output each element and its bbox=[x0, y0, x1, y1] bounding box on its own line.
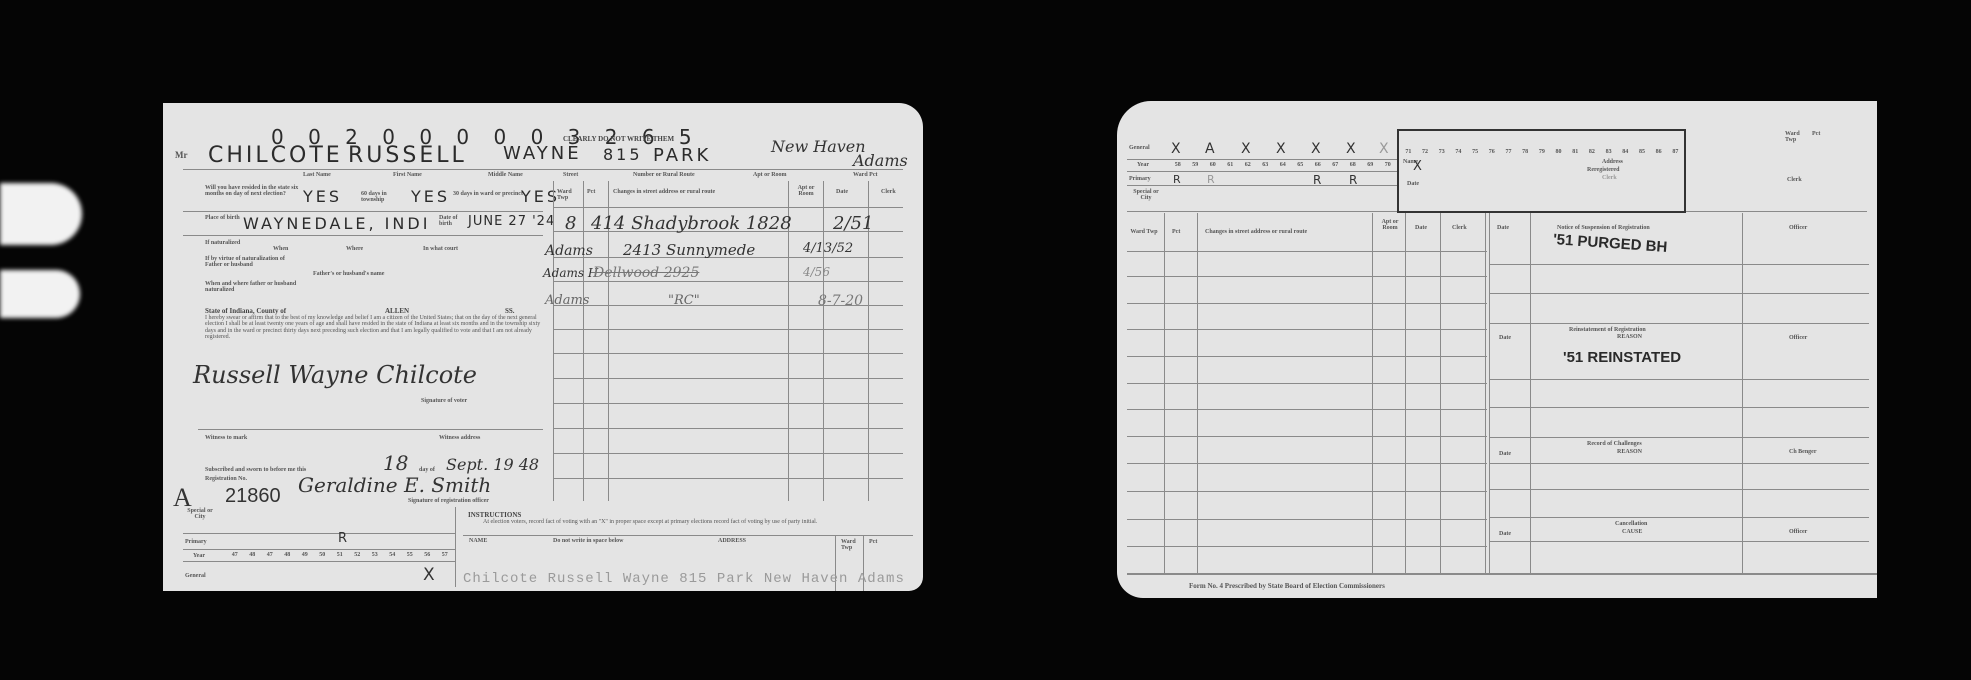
last-name: CHILCOTE bbox=[208, 143, 343, 168]
label-clerk-box: Clerk bbox=[1602, 175, 1617, 181]
label-witness-mark: Witness to mark bbox=[205, 435, 247, 441]
label-ward-pct: Ward Pct bbox=[853, 172, 878, 178]
col-do-not-write: Do not write in space below bbox=[553, 538, 624, 544]
oath-county: ALLEN bbox=[385, 307, 409, 315]
film-artifact-top bbox=[0, 183, 82, 245]
subscribed-month-year: Sept. 19 48 bbox=[446, 455, 539, 474]
col-address: ADDRESS bbox=[718, 538, 746, 544]
label-general: General bbox=[1129, 145, 1150, 151]
change-date: 2/51 bbox=[833, 213, 873, 234]
change-address: 2413 Sunnymede bbox=[623, 241, 755, 259]
instructions-text: At election voters, record fact of votin… bbox=[483, 519, 883, 525]
corner-ward-twp: Ward Twp bbox=[1785, 131, 1805, 144]
label-primary: Primary bbox=[185, 539, 207, 545]
challenges-reason-label: REASON bbox=[1617, 449, 1642, 455]
label-reregistered: Reregistered bbox=[1587, 167, 1619, 173]
label-father-naturalized: When and where father or husband natural… bbox=[205, 281, 300, 294]
label-ward-days: 30 days in ward or precinct bbox=[453, 191, 523, 197]
place-of-birth-value: WAYNEDALE, INDI bbox=[243, 214, 430, 233]
cancellation-title: Cancellation bbox=[1615, 521, 1647, 527]
label-year: Year bbox=[1137, 162, 1149, 168]
change-date: 8-7-20 bbox=[818, 293, 863, 309]
col-name: NAME bbox=[469, 538, 487, 544]
general-mark-70: X bbox=[1379, 141, 1389, 157]
corner-clerk: Clerk bbox=[1787, 177, 1802, 183]
reinstatement-officer-label: Officer bbox=[1789, 335, 1807, 341]
primary-mark-51: R bbox=[338, 531, 347, 546]
primary-mark-60: R bbox=[1207, 173, 1215, 186]
general-mark-62: X bbox=[1241, 141, 1251, 157]
typed-footer: Chilcote Russell Wayne 815 Park New Have… bbox=[463, 571, 905, 587]
suspension-date-label: Date bbox=[1497, 225, 1509, 231]
col-changes: Changes in street address or rural route bbox=[613, 189, 783, 195]
col-date: Date bbox=[836, 189, 848, 195]
city-note: New Haven bbox=[771, 137, 866, 156]
reinstatement-title: Reinstatement of Registration bbox=[1569, 327, 1646, 333]
label-registration-no: Registration No. bbox=[205, 476, 247, 482]
col-clerk: Clerk bbox=[881, 189, 896, 195]
label-address: Address bbox=[1602, 159, 1623, 165]
suspension-officer-label: Officer bbox=[1789, 225, 1807, 231]
label-township-days: 60 days in township bbox=[361, 191, 411, 204]
label-naturalized: If naturalized bbox=[205, 240, 240, 246]
change-address: Dellwood 2925 bbox=[593, 265, 699, 281]
label-first-name: First Name bbox=[393, 172, 422, 178]
ward-days-value: YES bbox=[521, 187, 560, 206]
col-ward-twp: Ward Twp bbox=[1129, 229, 1159, 235]
street-name: PARK bbox=[653, 145, 711, 166]
title-prefix: Mr bbox=[175, 151, 188, 160]
label-resided-state: Will you have resided in the state six m… bbox=[205, 185, 300, 198]
col-changes: Changes in street address or rural route bbox=[1205, 229, 1365, 235]
general-mark-58: X bbox=[1171, 141, 1181, 157]
suspension-title: Notice of Suspension of Registration bbox=[1557, 225, 1650, 231]
label-nat-court: In what court bbox=[423, 246, 458, 252]
reinstatement-reason-label: REASON bbox=[1617, 334, 1642, 340]
form-footer: Form No. 4 Prescribed by State Board of … bbox=[1189, 583, 1385, 590]
subscribed-day: 18 bbox=[383, 451, 408, 475]
cancellation-cause-label: CAUSE bbox=[1622, 529, 1642, 535]
general-mark-56: X bbox=[423, 565, 435, 585]
general-mark-68: X bbox=[1346, 141, 1356, 157]
label-date-of-birth: Date of birth bbox=[439, 215, 469, 228]
cancellation-officer-label: Officer bbox=[1789, 529, 1807, 535]
reregistration-mark: X bbox=[1413, 159, 1422, 174]
reinstatement-date-label: Date bbox=[1499, 335, 1511, 341]
label-special-city: Special or City bbox=[185, 508, 215, 521]
col-pct: Pct bbox=[587, 189, 595, 195]
first-name: RUSSELL bbox=[348, 143, 467, 168]
change-ward: Adams bbox=[545, 243, 593, 259]
purged-stamp: '51 PURGED BH bbox=[1553, 231, 1668, 256]
col-clerk: Clerk bbox=[1452, 225, 1467, 231]
label-place-of-birth: Place of birth bbox=[205, 215, 240, 221]
change-date: 4/13/52 bbox=[803, 241, 853, 256]
year-row: 47 48 47 48 49 50 51 52 53 54 55 56 57 bbox=[226, 552, 454, 558]
change-ward: Adams H bbox=[543, 266, 598, 280]
challenges-date-label: Date bbox=[1499, 451, 1511, 457]
cancellation-date-label: Date bbox=[1499, 531, 1511, 537]
label-witness-address: Witness address bbox=[439, 435, 480, 441]
corner-pct: Pct bbox=[1812, 131, 1820, 137]
year-row-right: 71 72 73 74 75 76 77 78 79 80 81 82 83 8… bbox=[1400, 149, 1684, 155]
reregistration-box bbox=[1397, 129, 1686, 213]
change-date: 4/56 bbox=[803, 265, 830, 279]
label-officer-signature: Signature of registration officer bbox=[408, 498, 489, 504]
change-ward: 8 bbox=[565, 213, 576, 234]
year-row-left: 58 59 60 61 62 63 64 65 66 67 68 69 70 bbox=[1169, 162, 1397, 168]
general-mark-66: X bbox=[1311, 141, 1321, 157]
label-date: Date bbox=[1407, 181, 1419, 187]
primary-mark-58: R bbox=[1173, 173, 1181, 186]
col-apt-room: Apt or Room bbox=[792, 185, 820, 198]
registration-number: 21860 bbox=[225, 485, 281, 508]
change-address: "RC" bbox=[668, 293, 700, 308]
label-father-name: Father's or husband's name bbox=[313, 271, 384, 277]
voter-signature: Russell Wayne Chilcote bbox=[193, 361, 477, 389]
col-ward-twp-bottom: Ward Twp bbox=[841, 539, 861, 552]
ward-note: Adams bbox=[853, 151, 908, 170]
change-ward: Adams bbox=[545, 293, 589, 308]
label-nat-where: Where bbox=[346, 246, 363, 252]
label-special-city: Special or City bbox=[1131, 189, 1161, 202]
label-nat-when: When bbox=[273, 246, 288, 252]
registration-card-back: General Year Primary Special or City 58 … bbox=[1117, 101, 1877, 598]
col-pct: Pct bbox=[1172, 229, 1180, 235]
oath-text: I hereby swear or affirm that to the bes… bbox=[205, 315, 545, 340]
middle-name: WAYNE bbox=[503, 143, 582, 164]
label-subscribed: Subscribed and sworn to before me this bbox=[205, 467, 306, 473]
label-last-name: Last Name bbox=[303, 172, 331, 178]
reinstated-stamp: '51 REINSTATED bbox=[1563, 349, 1681, 366]
resided-state-value: YES bbox=[303, 187, 342, 206]
film-artifact-bottom bbox=[0, 270, 80, 318]
challenges-title: Record of Challenges bbox=[1587, 441, 1642, 447]
primary-mark-68: R bbox=[1349, 173, 1357, 187]
label-middle-name: Middle Name bbox=[488, 172, 523, 178]
label-number-route: Number or Rural Route bbox=[633, 172, 695, 178]
col-ward-twp: Ward Twp bbox=[557, 189, 581, 202]
label-primary: Primary bbox=[1129, 176, 1151, 182]
change-address: 414 Shadybrook 1828 bbox=[591, 213, 792, 234]
registration-card-front: 0 0 2 0 0 0 0 0 3 2 6 5 CLEARLY DO NOT W… bbox=[163, 103, 923, 591]
label-street: Street bbox=[563, 172, 578, 178]
label-general: General bbox=[185, 573, 206, 579]
street-number: 815 bbox=[603, 145, 643, 164]
label-apt-room: Apt or Room bbox=[753, 172, 787, 178]
officer-signature: Geraldine E. Smith bbox=[298, 473, 491, 497]
challenges-officer-label: Ch Benger bbox=[1789, 449, 1817, 455]
header-instruction: CLEARLY DO NOT WRITE THEM bbox=[563, 135, 674, 143]
oath-ss: SS. bbox=[505, 307, 515, 315]
col-apt-room: Apt or Room bbox=[1376, 219, 1404, 232]
general-mark-64: X bbox=[1276, 141, 1286, 157]
primary-mark-66: R bbox=[1313, 173, 1321, 187]
col-pct-bottom: Pct bbox=[869, 539, 877, 545]
general-mark-60: A bbox=[1205, 141, 1215, 157]
township-value: YES bbox=[411, 187, 450, 206]
label-nat-virtue: If by virtue of naturalization of Father… bbox=[205, 256, 285, 269]
label-year: Year bbox=[193, 553, 205, 559]
oath-state-line: State of Indiana, County of bbox=[205, 307, 286, 315]
instructions-title: INSTRUCTIONS bbox=[468, 511, 521, 519]
date-of-birth-value: JUNE 27 '24 bbox=[468, 214, 555, 229]
col-date: Date bbox=[1415, 225, 1427, 231]
label-signature-voter: Signature of voter bbox=[421, 398, 467, 404]
